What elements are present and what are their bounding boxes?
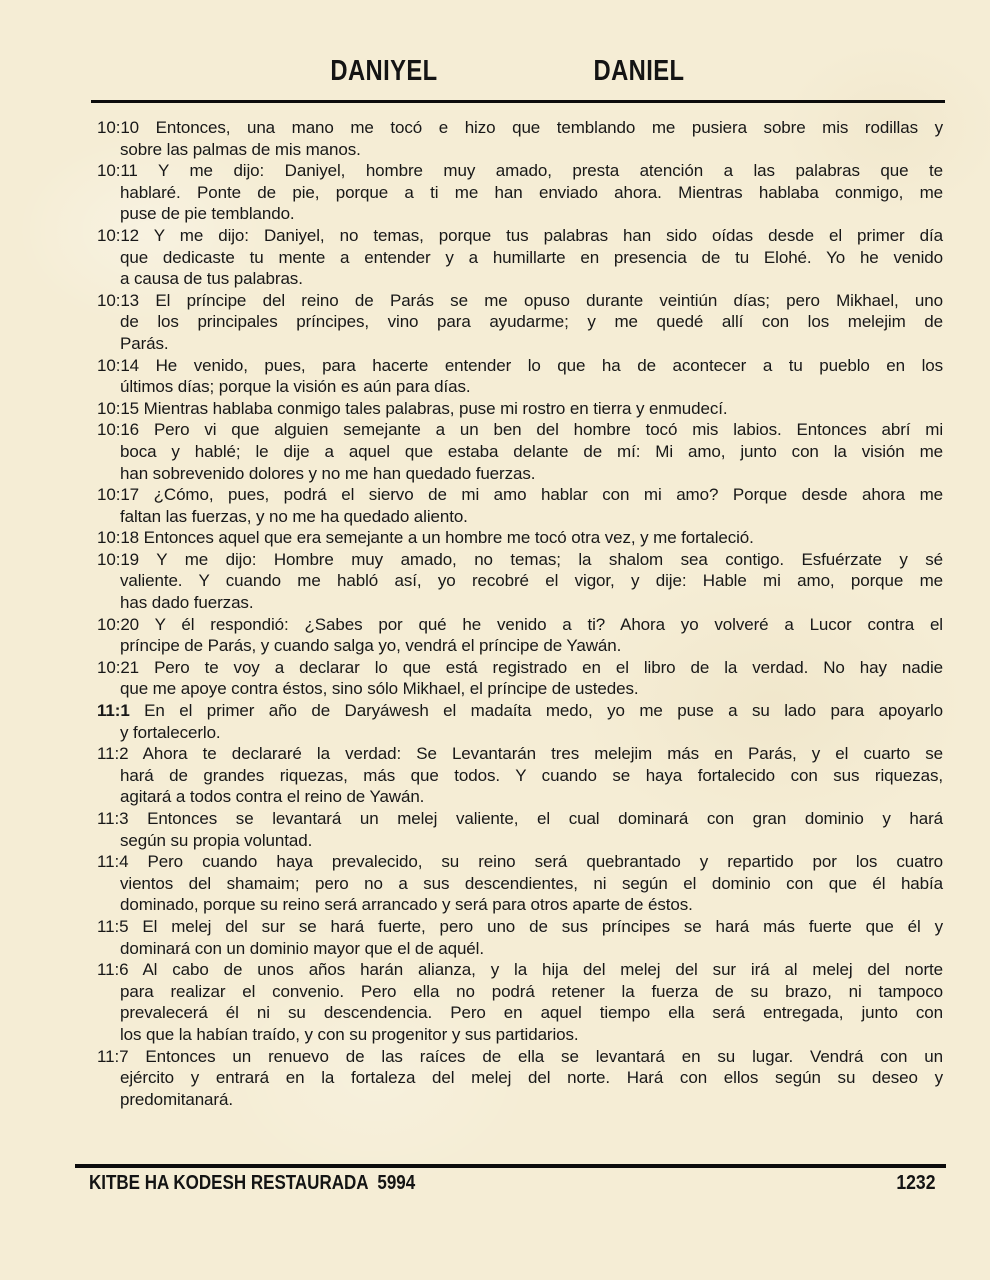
verse-text: Entonces un renuevo de las raíces de ell… (145, 1047, 943, 1066)
verse-paragraph: 10:10 Entonces, una mano me tocó e hizo … (97, 117, 943, 160)
verse-line: faltan las fuerzas, y no me ha quedado a… (97, 506, 943, 528)
verse-text: El príncipe del reino de Parás se me opu… (155, 291, 943, 310)
verse-number: 11:4 (97, 852, 128, 871)
verse-text: Ahora te declararé la verdad: Se Levanta… (143, 744, 943, 763)
verse-line: puse de pie temblando. (97, 203, 943, 225)
verse-number: 11:1 (97, 701, 130, 720)
verse-first-line: 10:18 Entonces aquel que era semejante a… (97, 527, 943, 549)
verse-line: de los principales príncipes, vino para … (97, 311, 943, 333)
verse-paragraph: 10:14 He venido, pues, para hacerte ente… (97, 355, 943, 398)
verse-paragraph: 10:21 Pero te voy a declarar lo que está… (97, 657, 943, 700)
verse-number: 11:2 (97, 744, 128, 763)
verse-number: 11:5 (97, 917, 128, 936)
verse-first-line: 10:16 Pero vi que alguien semejante a un… (97, 419, 943, 441)
page-title-daniyel: DANIYEL (330, 56, 437, 86)
verse-line: príncipe de Parás, y cuando salga yo, ve… (97, 635, 943, 657)
verse-first-line: 11:2 Ahora te declararé la verdad: Se Le… (97, 743, 943, 765)
verse-number: 10:14 (97, 356, 139, 375)
verse-text: En el primer año de Daryáwesh el madaíta… (144, 701, 943, 720)
verse-paragraph: 11:7 Entonces un renuevo de las raíces d… (97, 1046, 943, 1111)
header-divider-rule (91, 100, 945, 103)
verse-text: Al cabo de unos años harán alianza, y la… (142, 960, 943, 979)
verse-first-line: 11:5 El melej del sur se hará fuerte, pe… (97, 916, 943, 938)
verse-line: para realizar el convenio. Pero ella no … (97, 981, 943, 1003)
verse-paragraph: 11:2 Ahora te declararé la verdad: Se Le… (97, 743, 943, 808)
verse-line: valiente. Y cuando me habló así, yo reco… (97, 570, 943, 592)
verse-first-line: 11:6 Al cabo de unos años harán alianza,… (97, 959, 943, 981)
verse-paragraph: 10:19 Y me dijo: Hombre muy amado, no te… (97, 549, 943, 614)
verse-text: Pero vi que alguien semejante a un ben d… (154, 420, 943, 439)
verse-line: prevalecerá él ni su descendencia. Pero … (97, 1002, 943, 1024)
verse-number: 10:10 (97, 118, 139, 137)
verse-number: 10:20 (97, 615, 139, 634)
footer-book-label: KITBE HA KODESH RESTAURADA 5994 (89, 1172, 415, 1195)
verse-number: 10:13 (97, 291, 139, 310)
verse-number: 10:19 (97, 550, 139, 569)
verse-line: que me apoye contra éstos, sino sólo Mik… (97, 678, 943, 700)
verse-line: has dado fuerzas. (97, 592, 943, 614)
verse-first-line: 10:13 El príncipe del reino de Parás se … (97, 290, 943, 312)
verse-first-line: 10:19 Y me dijo: Hombre muy amado, no te… (97, 549, 943, 571)
verse-line: que dedicaste tu mente a entender y a hu… (97, 247, 943, 269)
verse-first-line: 10:10 Entonces, una mano me tocó e hizo … (97, 117, 943, 139)
verse-first-line: 10:20 Y él respondió: ¿Sabes por qué he … (97, 614, 943, 636)
verse-line: dominado, porque su reino será arrancado… (97, 894, 943, 916)
verse-line: predomitanará. (97, 1089, 943, 1111)
verse-text: Y me dijo: Hombre muy amado, no temas; l… (156, 550, 943, 569)
verse-text: Pero te voy a declarar lo que está regis… (154, 658, 943, 677)
verse-paragraph: 10:17 ¿Cómo, pues, podrá el siervo de mi… (97, 484, 943, 527)
verse-number: 10:16 (97, 420, 139, 439)
verse-paragraph: 10:13 El príncipe del reino de Parás se … (97, 290, 943, 355)
verse-line: hablaré. Ponte de pie, porque a ti me ha… (97, 182, 943, 204)
page-title-daniel: DANIEL (594, 56, 685, 86)
footer-divider-rule (75, 1164, 946, 1168)
verse-number: 10:17 (97, 485, 139, 504)
verse-line: hará de grandes riquezas, más que todos.… (97, 765, 943, 787)
verse-line: los que la habían traído, y con su proge… (97, 1024, 943, 1046)
verse-first-line: 11:3 Entonces se levantará un melej vali… (97, 808, 943, 830)
verse-line: boca y hablé; le dije a aquel que estaba… (97, 441, 943, 463)
verse-text: Entonces se levantará un melej valiente,… (147, 809, 943, 828)
verse-paragraph: 10:11 Y me dijo: Daniyel, hombre muy ama… (97, 160, 943, 225)
footer-page-number: 1232 (896, 1172, 935, 1195)
verse-text: Y me dijo: Daniyel, hombre muy amado, pr… (158, 161, 943, 180)
verse-paragraph: 11:5 El melej del sur se hará fuerte, pe… (97, 916, 943, 959)
verse-number: 10:21 (97, 658, 139, 677)
verse-text: He venido, pues, para hacerte entender l… (156, 356, 943, 375)
verse-text: ¿Cómo, pues, podrá el siervo de mi amo h… (154, 485, 943, 504)
verse-paragraph: 11:4 Pero cuando haya prevalecido, su re… (97, 851, 943, 916)
verse-number: 11:6 (97, 960, 128, 979)
verse-line: agitará a todos contra el reino de Yawán… (97, 786, 943, 808)
verse-first-line: 11:7 Entonces un renuevo de las raíces d… (97, 1046, 943, 1068)
verse-paragraph: 11:6 Al cabo de unos años harán alianza,… (97, 959, 943, 1045)
verse-number: 10:15 (97, 399, 139, 418)
verse-paragraph: 10:16 Pero vi que alguien semejante a un… (97, 419, 943, 484)
verse-first-line: 10:11 Y me dijo: Daniyel, hombre muy ama… (97, 160, 943, 182)
verse-paragraph: 10:15 Mientras hablaba conmigo tales pal… (97, 398, 943, 420)
verse-first-line: 10:21 Pero te voy a declarar lo que está… (97, 657, 943, 679)
verse-text: Entonces, una mano me tocó e hizo que te… (156, 118, 943, 137)
verse-number: 10:18 (97, 528, 139, 547)
verse-number: 10:12 (97, 226, 139, 245)
verse-line: y fortalecerlo. (97, 722, 943, 744)
verse-line: sobre las palmas de mis manos. (97, 139, 943, 161)
verse-paragraph: 10:12 Y me dijo: Daniyel, no temas, porq… (97, 225, 943, 290)
verse-line: a causa de tus palabras. (97, 268, 943, 290)
verse-text: Pero cuando haya prevalecido, su reino s… (148, 852, 944, 871)
verse-first-line: 10:17 ¿Cómo, pues, podrá el siervo de mi… (97, 484, 943, 506)
verse-text: Mientras hablaba conmigo tales palabras,… (144, 399, 728, 418)
verse-number: 11:3 (97, 809, 128, 828)
verse-paragraph: 10:18 Entonces aquel que era semejante a… (97, 527, 943, 549)
verse-number: 10:11 (97, 161, 138, 180)
verse-line: según su propia voluntad. (97, 830, 943, 852)
verse-line: ejército y entrará en la fortaleza del m… (97, 1067, 943, 1089)
verse-text: Y él respondió: ¿Sabes por qué he venido… (155, 615, 943, 634)
verse-text: Y me dijo: Daniyel, no temas, porque tus… (154, 226, 943, 245)
verse-first-line: 10:15 Mientras hablaba conmigo tales pal… (97, 398, 943, 420)
verse-number: 11:7 (97, 1047, 128, 1066)
verse-text: El melej del sur se hará fuerte, pero un… (142, 917, 943, 936)
verse-line: dominará con un dominio mayor que el de … (97, 938, 943, 960)
verse-line: últimos días; porque la visión es aún pa… (97, 376, 943, 398)
verse-first-line: 10:14 He venido, pues, para hacerte ente… (97, 355, 943, 377)
verse-text: Entonces aquel que era semejante a un ho… (144, 528, 754, 547)
verse-first-line: 10:12 Y me dijo: Daniyel, no temas, porq… (97, 225, 943, 247)
verse-paragraph: 11:1 En el primer año de Daryáwesh el ma… (97, 700, 943, 743)
verse-paragraph: 11:3 Entonces se levantará un melej vali… (97, 808, 943, 851)
verse-list: 10:10 Entonces, una mano me tocó e hizo … (97, 117, 943, 1110)
verse-line: Parás. (97, 333, 943, 355)
verse-line: vientos del shamaim; pero no a sus desce… (97, 873, 943, 895)
verse-line: han sobrevenido dolores y no me han qued… (97, 463, 943, 485)
verse-first-line: 11:4 Pero cuando haya prevalecido, su re… (97, 851, 943, 873)
verse-first-line: 11:1 En el primer año de Daryáwesh el ma… (97, 700, 943, 722)
verse-paragraph: 10:20 Y él respondió: ¿Sabes por qué he … (97, 614, 943, 657)
scripture-page: DANIYEL DANIEL 10:10 Entonces, una mano … (0, 0, 990, 1280)
